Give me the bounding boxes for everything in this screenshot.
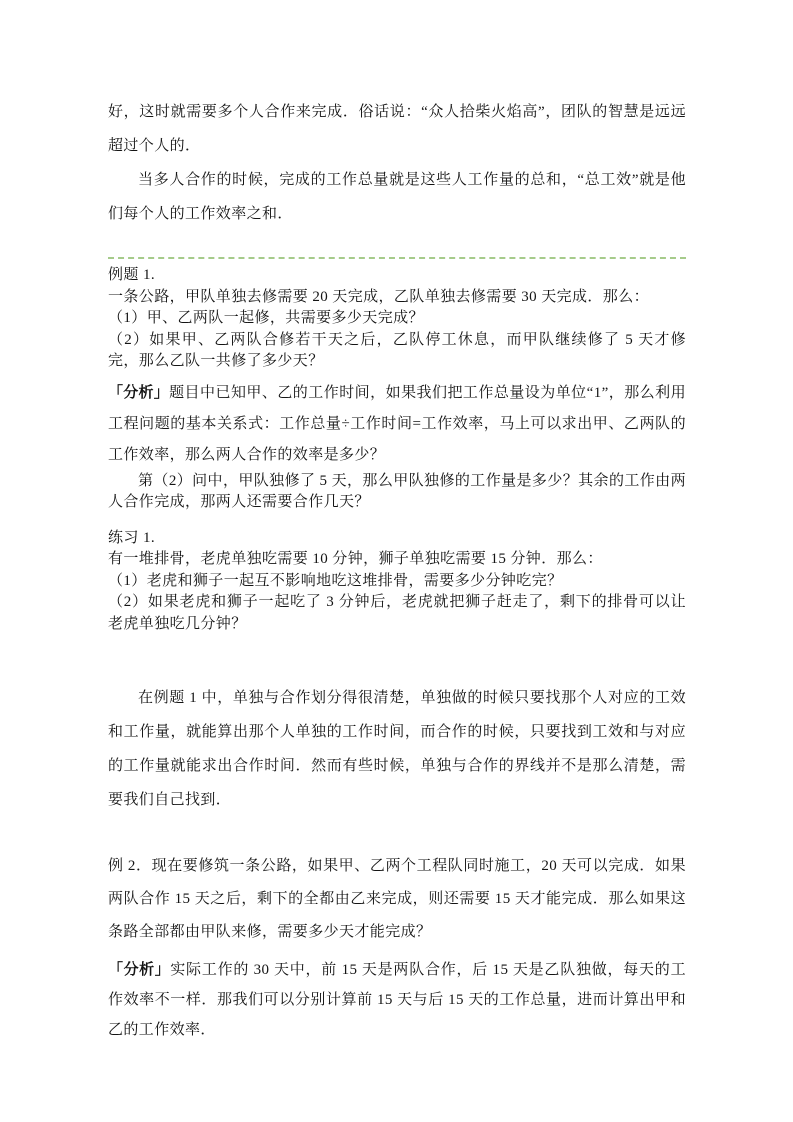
example1-analysis: 「分析」题目中已知甲、乙的工作时间，如果我们把工作总量设为单位“1”，那么利用工…	[108, 377, 686, 471]
dashed-divider	[108, 257, 686, 259]
analysis-label: 「分析」	[108, 384, 169, 401]
example2-analysis: 「分析」实际工作的 30 天中，前 15 天是两队合作，后 15 天是乙队独做，…	[108, 955, 686, 1045]
practice1-question-2: （2）如果老虎和狮子一起吃了 3 分钟后，老虎就把狮子赶走了，剩下的排骨可以让老…	[108, 592, 686, 635]
example2-analysis-text: 实际工作的 30 天中，前 15 天是两队合作，后 15 天是乙队独做，每天的工…	[108, 962, 686, 1038]
example1-question-2: （2）如果甲、乙两队合修若干天之后，乙队停工休息，而甲队继续修了 5 天才修完，…	[108, 330, 686, 373]
example1-question-1: （1）甲、乙两队一起修，共需要多少天完成？	[108, 308, 686, 330]
example1-analysis-q2: 第（2）问中，甲队独修了 5 天，那么甲队独修的工作量是多少？其余的工作由两人合…	[108, 471, 686, 514]
intro-paragraph-1: 好，这时就需要多个人合作来完成．俗话说：“众人拾柴火焰高”，团队的智慧是远远超过…	[108, 95, 686, 163]
practice1-title: 练习 1.	[108, 528, 686, 550]
practice1-problem: 有一堆排骨，老虎单独吃需要 10 分钟，狮子单独吃需要 15 分钟．那么：	[108, 549, 686, 571]
example2-problem: 例 2．现在要修筑一条公路，如果甲、乙两个工程队同时施工，20 天可以完成．如果…	[108, 850, 686, 949]
practice1-question-1: （1）老虎和狮子一起互不影响地吃这堆排骨，需要多少分钟吃完？	[108, 571, 686, 593]
example1-problem: 一条公路，甲队单独去修需要 20 天完成，乙队单独去修需要 30 天完成．那么：	[108, 287, 686, 309]
example1-title: 例题 1.	[108, 265, 686, 287]
example1-analysis-text: 题目中已知甲、乙的工作时间，如果我们把工作总量设为单位“1”，那么利用工程问题的…	[108, 385, 686, 463]
document-page: 好，这时就需要多个人合作来完成．俗话说：“众人拾柴火焰高”，团队的智慧是远远超过…	[0, 0, 793, 1122]
intro-paragraph-2: 当多人合作的时候，完成的工作总量就是这些人工作量的总和，“总工效”就是他们每个人…	[108, 163, 686, 231]
analysis-label: 「分析」	[108, 961, 170, 978]
note-paragraph: 在例题 1 中，单独与合作划分得很清楚，单独做的时候只要找那个人对应的工效和工作…	[108, 681, 686, 817]
